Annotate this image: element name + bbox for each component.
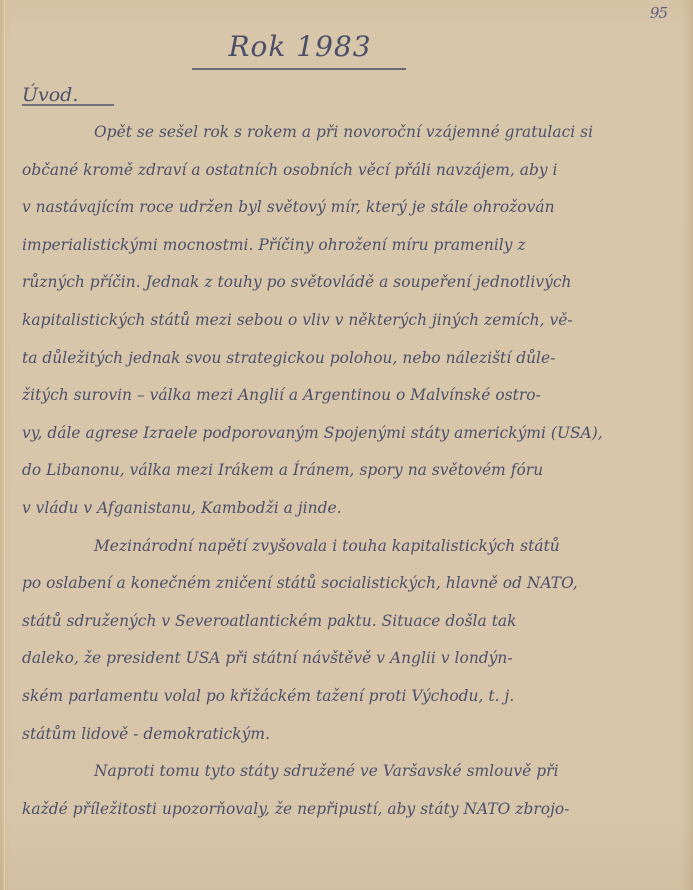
page-number: 95 xyxy=(650,4,667,22)
text-line: občané kromě zdraví a ostatních osobních… xyxy=(22,152,632,190)
text-line: Opět se sešel rok s rokem a při novoročn… xyxy=(22,114,632,152)
text-line: Naproti tomu tyto státy sdružené ve Varš… xyxy=(22,753,632,791)
handwritten-body-text: Opět se sešel rok s rokem a při novoročn… xyxy=(22,114,632,828)
text-line: států sdružených v Severoatlantickém pak… xyxy=(22,603,632,641)
handwritten-chronicle-page: 95 Rok 1983 Úvod. Opět se sešel rok s ro… xyxy=(0,0,693,890)
text-line: každé příležitosti upozorňovaly, že nepř… xyxy=(22,791,632,829)
text-line: do Libanonu, válka mezi Irákem a Íránem,… xyxy=(22,452,632,490)
text-line: po oslabení a konečném zničení států soc… xyxy=(22,565,632,603)
text-line: státům lidově - demokratickým. xyxy=(22,716,632,754)
section-underline xyxy=(22,104,114,106)
text-line: ta důležitých jednak svou strategickou p… xyxy=(22,340,632,378)
text-line: imperialistickými mocnostmi. Příčiny ohr… xyxy=(22,227,632,265)
text-line: ském parlamentu volal po křižáckém tažen… xyxy=(22,678,632,716)
text-line: žitých surovin – válka mezi Anglií a Arg… xyxy=(22,377,632,415)
text-line: různých příčin. Jednak z touhy po světov… xyxy=(22,264,632,302)
title-underline xyxy=(192,68,406,70)
text-line: Mezinárodní napětí zvyšovala i touha kap… xyxy=(22,528,632,566)
text-line: v nastávajícím roce udržen byl světový m… xyxy=(22,189,632,227)
section-heading: Úvod. xyxy=(22,84,78,106)
paper-edge xyxy=(4,0,5,890)
text-line: kapitalistických států mezi sebou o vliv… xyxy=(22,302,632,340)
text-line: v vládu v Afganistanu, Kambodži a jinde. xyxy=(22,490,632,528)
text-line: daleko, že president USA při státní návš… xyxy=(22,640,632,678)
page-title: Rok 1983 xyxy=(190,30,410,63)
text-line: vy, dále agrese Izraele podporovaným Spo… xyxy=(22,415,632,453)
